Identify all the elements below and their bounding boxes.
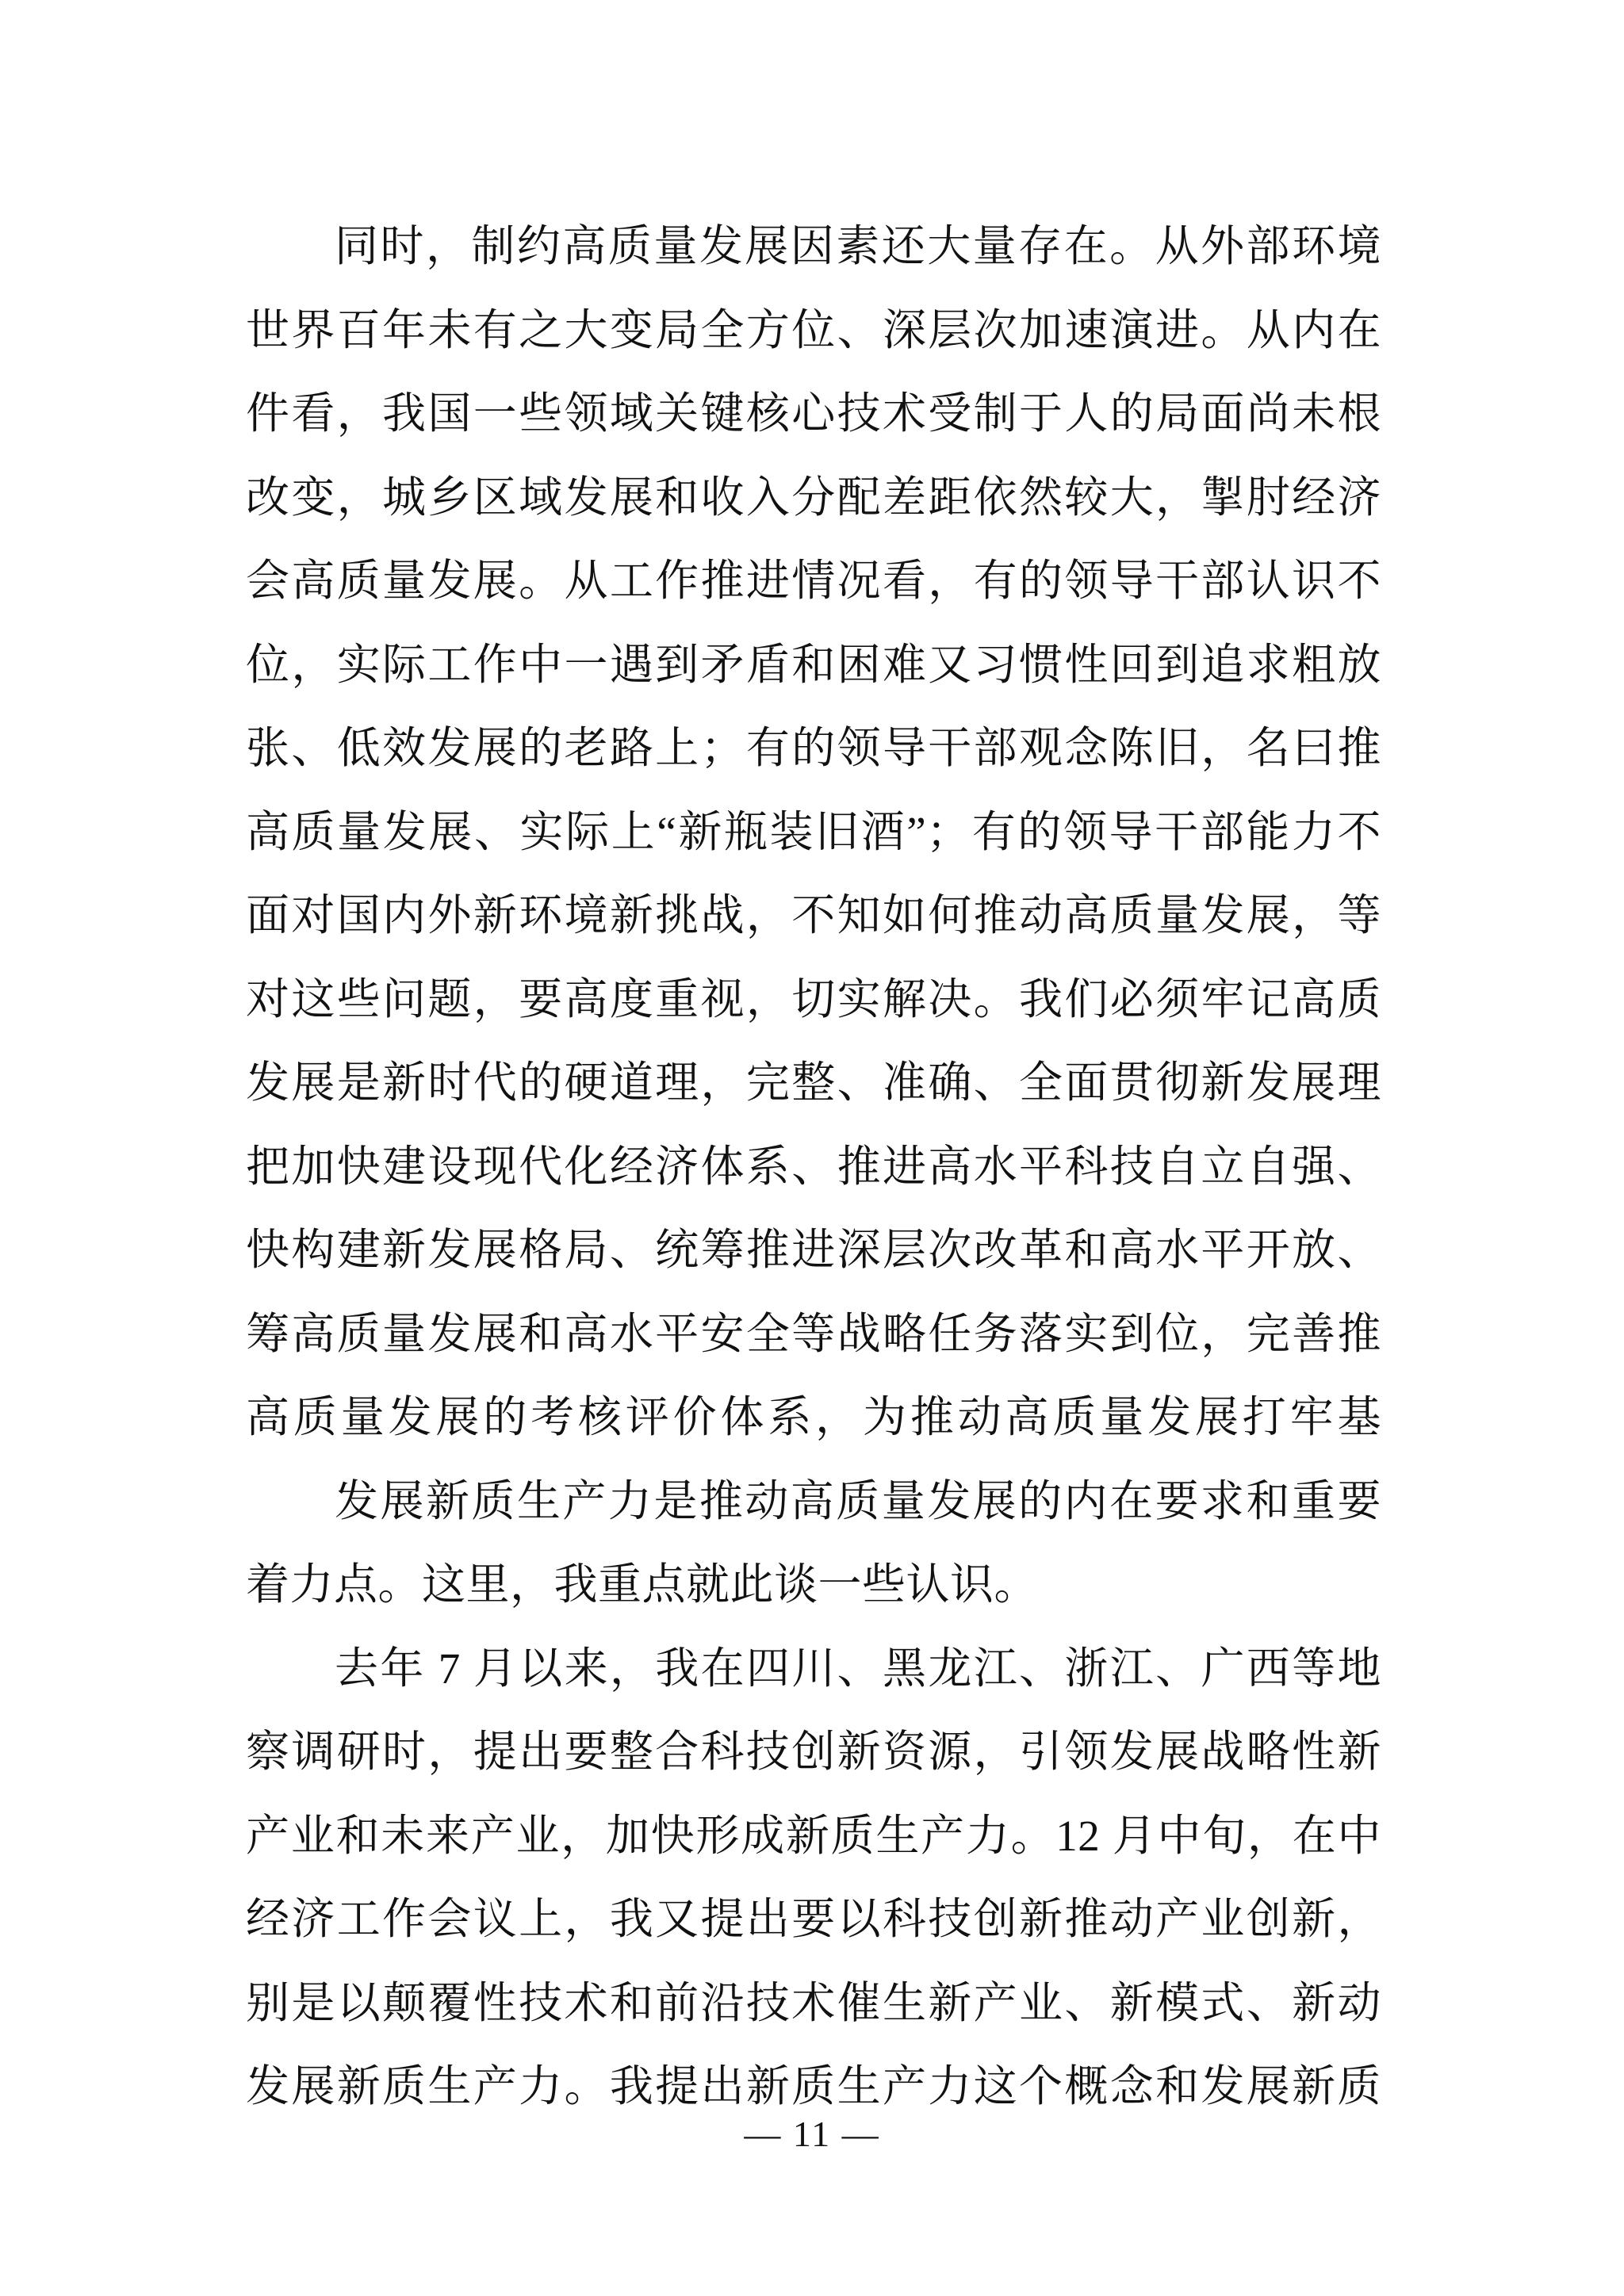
text-line: 把加快建设现代化经济体系、推进高水平科技自立自强、加 [246, 1125, 1381, 1209]
text-line: 同时，制约高质量发展因素还大量存在。从外部环境看， [246, 205, 1381, 289]
text-line: 位，实际工作中一遇到矛盾和困难又习惯性回到追求粗放扩 [246, 623, 1381, 707]
text-line: 发展是新时代的硬道理，完整、准确、全面贯彻新发展理念， [246, 1041, 1381, 1125]
text-line: 着力点。这里，我重点就此谈一些认识。 [246, 1543, 1381, 1627]
text-line: 发展新质生产力是推动高质量发展的内在要求和重要 [246, 1460, 1381, 1544]
page-number: — 11 — [0, 2110, 1624, 2158]
text-line: 面对国内外新环境新挑战，不知如何推动高质量发展，等等。 [246, 874, 1381, 958]
text-line: 改变，城乡区域发展和收入分配差距依然较大，掣肘经济社 [246, 456, 1381, 540]
text-line: 张、低效发展的老路上；有的领导干部观念陈旧，名曰推动 [246, 706, 1381, 790]
text-line: 会高质量发展。从工作推进情况看，有的领导干部认识不到 [246, 539, 1381, 623]
text-line: 对这些问题，要高度重视，切实解决。我们必须牢记高质量 [246, 958, 1381, 1042]
text-line: 世界百年未有之大变局全方位、深层次加速演进。从内在条 [246, 289, 1381, 373]
text-line: 察调研时，提出要整合科技创新资源，引领发展战略性新兴 [246, 1710, 1381, 1794]
text-line: 件看，我国一些领域关键核心技术受制于人的局面尚未根本 [246, 372, 1381, 456]
text-line: 筹高质量发展和高水平安全等战略任务落实到位，完善推动 [246, 1292, 1381, 1376]
text-line: 经济工作会议上，我又提出要以科技创新推动产业创新，特 [246, 1877, 1381, 1961]
document-page: 同时，制约高质量发展因素还大量存在。从外部环境看， 世界百年未有之大变局全方位、… [0, 0, 1624, 2296]
text-line: 别是以颠覆性技术和前沿技术催生新产业、新模式、新动能， [246, 1961, 1381, 2045]
text-line: 高质量发展、实际上“新瓶装旧酒”；有的领导干部能力不足， [246, 790, 1381, 874]
document-body: 同时，制约高质量发展因素还大量存在。从外部环境看， 世界百年未有之大变局全方位、… [246, 205, 1381, 2129]
text-line: 去年 7 月以来，我在四川、黑龙江、浙江、广西等地考 [246, 1627, 1381, 1711]
text-line: 高质量发展的考核评价体系，为推动高质量发展打牢基础。 [246, 1376, 1381, 1460]
text-line: 产业和未来产业，加快形成新质生产力。12 月中旬，在中央 [246, 1794, 1381, 1878]
text-line: 快构建新发展格局、统筹推进深层次改革和高水平开放、统 [246, 1208, 1381, 1292]
